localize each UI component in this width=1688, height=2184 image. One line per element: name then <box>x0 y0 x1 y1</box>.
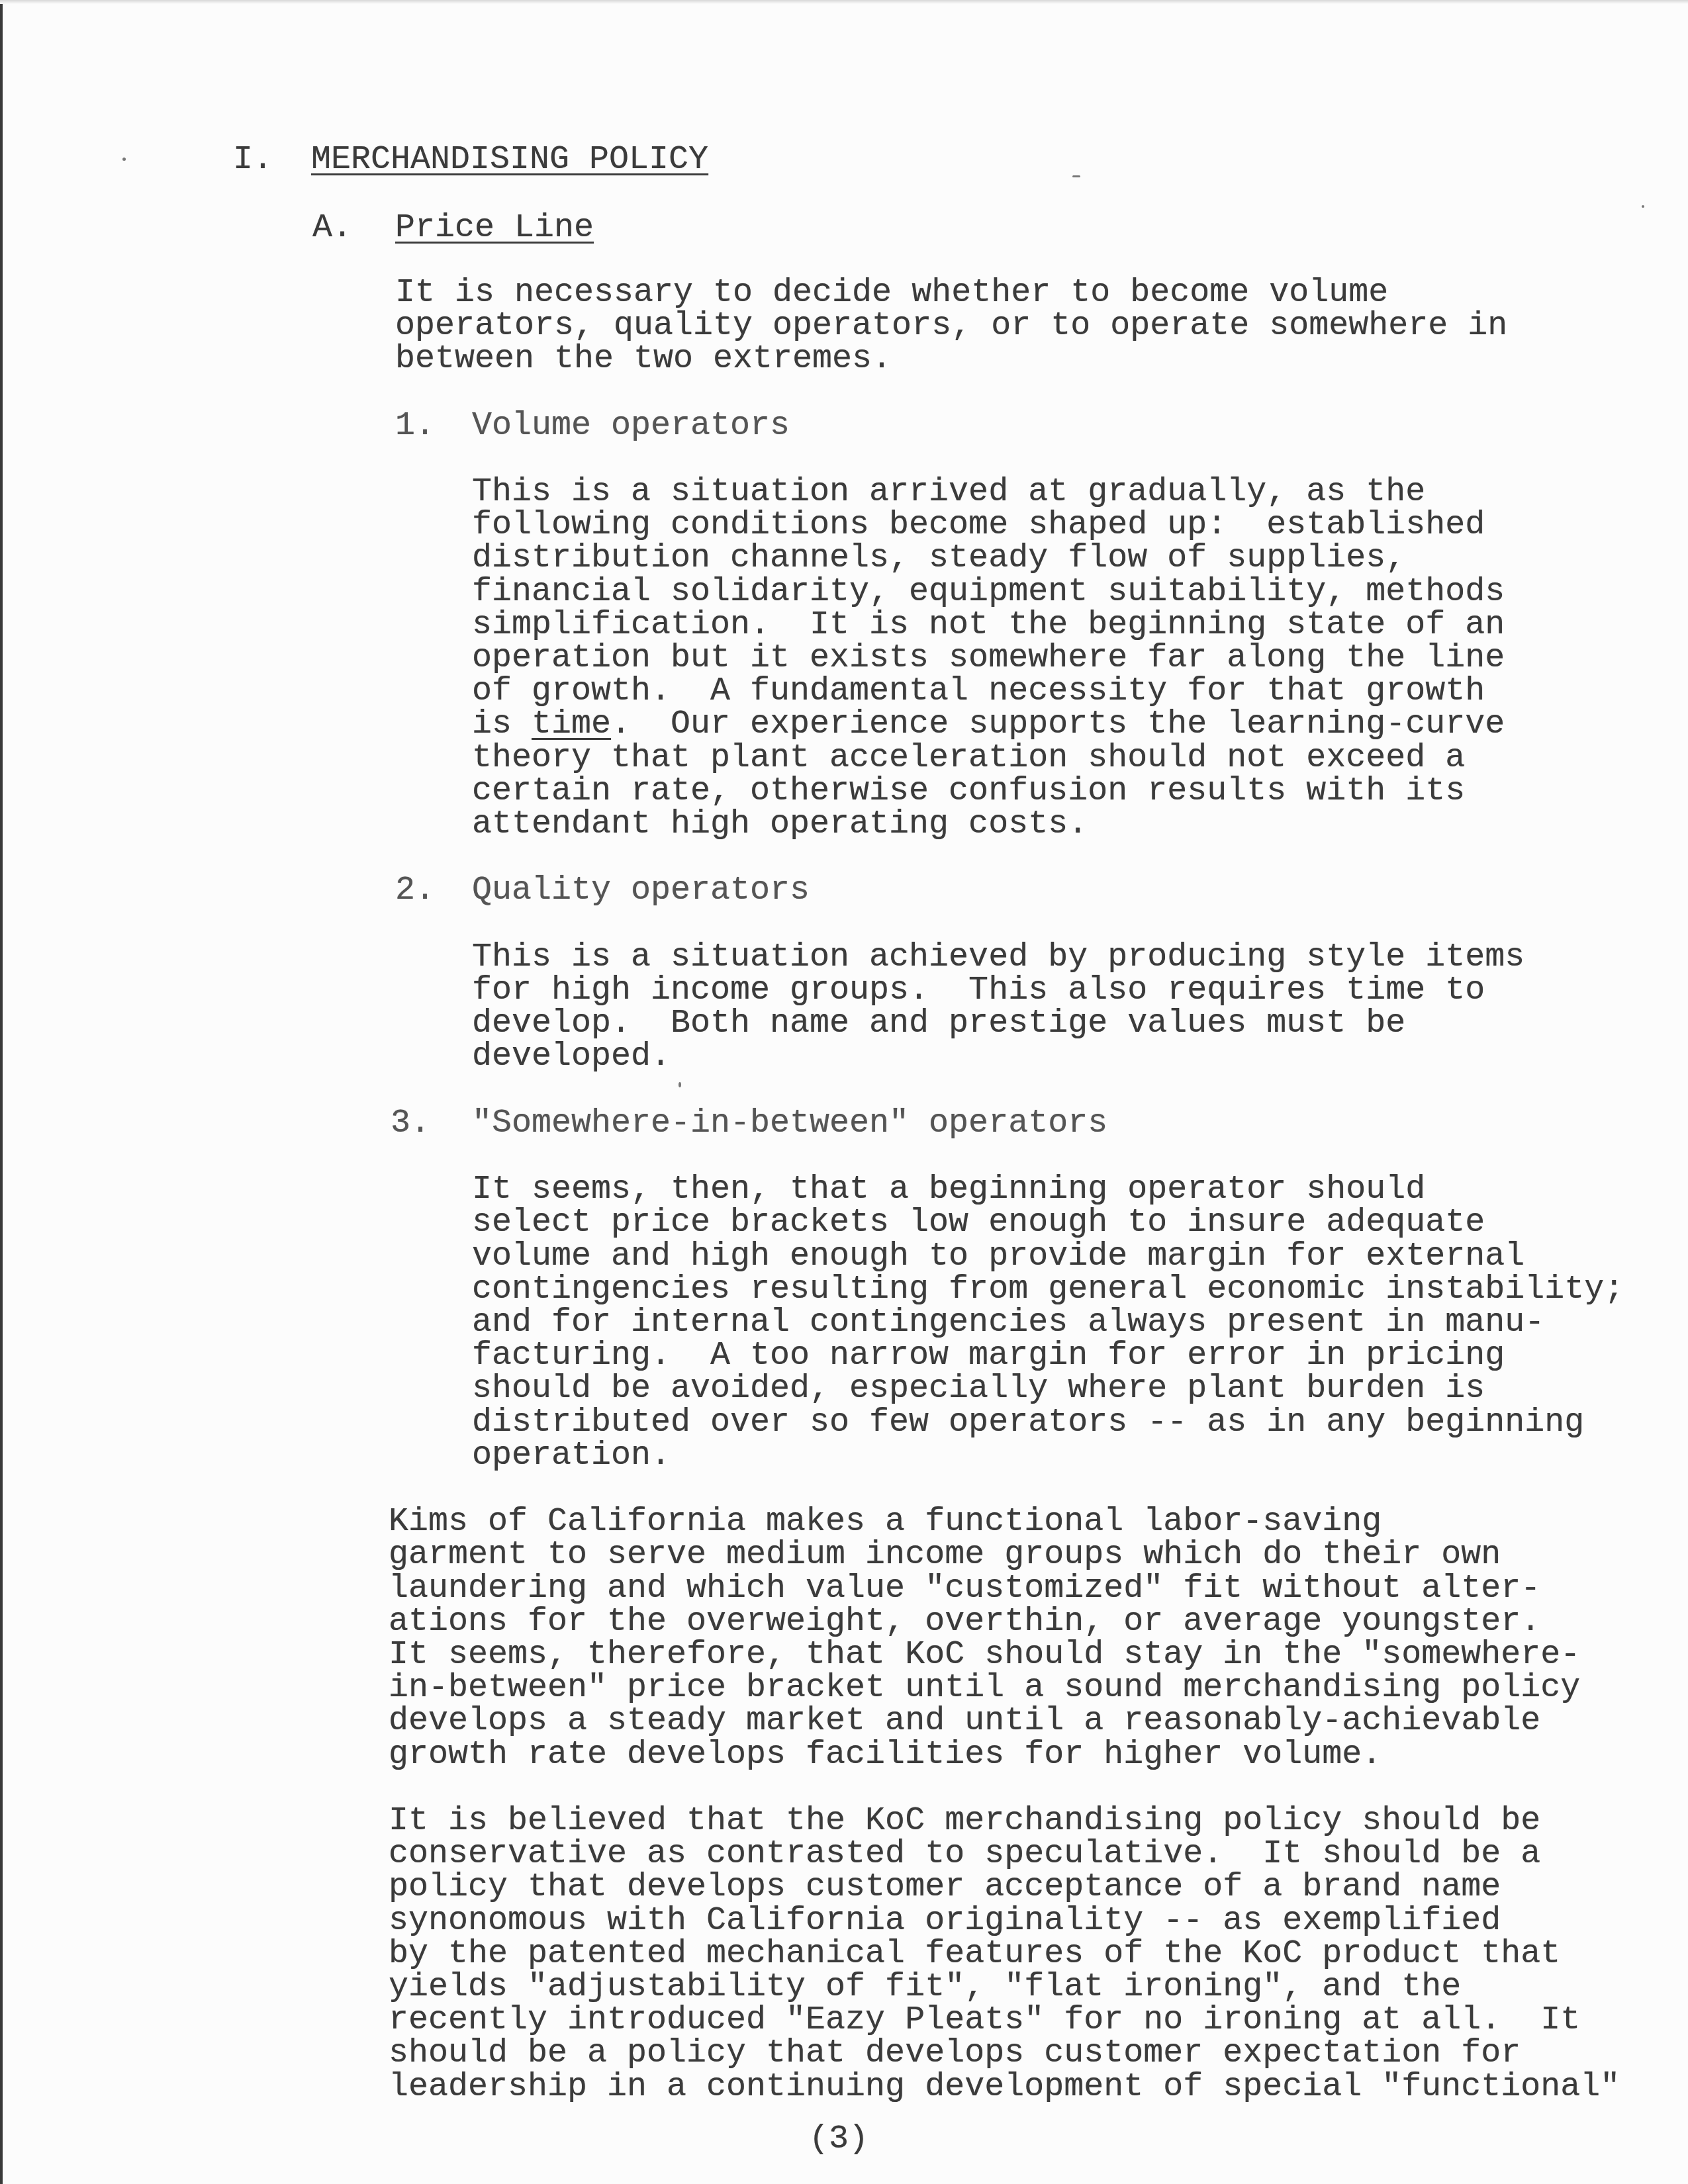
text-line: synonomous with California originality -… <box>389 1905 1501 1938</box>
text-line: is time. Our experience supports the lea… <box>472 708 1505 741</box>
scan-speck <box>1072 175 1080 177</box>
text-line: between the two extremes. <box>395 343 892 376</box>
scan-edge <box>0 0 3 2184</box>
page-number: (3) <box>809 2123 868 2156</box>
text-line: recently introduced "Eazy Pleats" for no… <box>389 2004 1580 2037</box>
text-line: It is necessary to decide whether to bec… <box>395 277 1388 310</box>
text-line: in-between" price bracket until a sound … <box>389 1672 1580 1705</box>
text-line: of growth. A fundamental necessity for t… <box>472 675 1485 708</box>
text-line: It seems, therefore, that KoC should sta… <box>389 1639 1580 1672</box>
text-line: ations for the overweight, overthin, or … <box>389 1606 1540 1639</box>
scan-speck <box>1642 205 1644 208</box>
text-line: certain rate, otherwise confusion result… <box>472 775 1465 808</box>
item-title: Quality operators <box>472 874 810 907</box>
text-line: develops a steady market and until a rea… <box>389 1705 1540 1738</box>
emphasized-word: time <box>532 705 611 743</box>
text-line: Kims of California makes a functional la… <box>389 1506 1382 1539</box>
text-line: volume and high enough to provide margin… <box>472 1240 1524 1273</box>
scan-speck <box>122 158 126 161</box>
text-line: for high income groups. This also requir… <box>472 974 1485 1007</box>
subsection-letter: A. <box>312 212 352 245</box>
section-numeral: I. <box>233 144 273 177</box>
text-line: growth rate develops facilities for high… <box>389 1739 1382 1772</box>
text-line: and for internal contingencies always pr… <box>472 1306 1544 1340</box>
text-line: should be a policy that develops custome… <box>389 2037 1521 2070</box>
text-line: leadership in a continuing development o… <box>389 2071 1620 2104</box>
item-number: 3. <box>391 1107 430 1140</box>
text-line: distributed over so few operators -- as … <box>472 1406 1584 1439</box>
text-line: It seems, then, that a beginning operato… <box>472 1173 1425 1206</box>
text-line: policy that develops customer acceptance… <box>389 1871 1501 1904</box>
text-line: operators, quality operators, or to oper… <box>395 310 1507 343</box>
text-line: It is believed that the KoC merchandisin… <box>389 1805 1540 1838</box>
text-line: theory that plant acceleration should no… <box>472 742 1465 775</box>
text-line: yields "adjustability of fit", "flat iro… <box>389 1971 1461 2004</box>
text-line: conservative as contrasted to speculativ… <box>389 1838 1540 1871</box>
text-line: financial solidarity, equipment suitabil… <box>472 576 1505 609</box>
text-line: facturing. A too narrow margin for error… <box>472 1340 1505 1373</box>
subsection-title: Price Line <box>395 212 594 245</box>
item-number: 1. <box>395 410 435 443</box>
text-line: operation but it exists somewhere far al… <box>472 642 1505 675</box>
item-number: 2. <box>395 874 435 907</box>
text-line: simplification. It is not the beginning … <box>472 609 1505 642</box>
section-title: MERCHANDISING POLICY <box>311 144 708 177</box>
scan-top-shadow <box>0 0 1688 4</box>
typewritten-page: I. MERCHANDISING POLICY A. Price Line It… <box>0 0 1688 2184</box>
text-line: select price brackets low enough to insu… <box>472 1206 1485 1240</box>
text-line: developed. <box>472 1040 671 1073</box>
text-line: develop. Both name and prestige values m… <box>472 1007 1405 1040</box>
text-line: garment to serve medium income groups wh… <box>389 1539 1501 1572</box>
text-line: by the patented mechanical features of t… <box>389 1938 1560 1971</box>
text-line: This is a situation arrived at gradually… <box>472 476 1425 509</box>
text-line: following conditions become shaped up: e… <box>472 509 1485 542</box>
text-line: operation. <box>472 1439 671 1473</box>
text-line: This is a situation achieved by producin… <box>472 941 1524 974</box>
text-line: distribution channels, steady flow of su… <box>472 542 1405 575</box>
text-line: contingencies resulting from general eco… <box>472 1273 1624 1306</box>
text-line: laundering and which value "customized" … <box>389 1572 1540 1606</box>
text-line: attendant high operating costs. <box>472 808 1088 841</box>
scan-speck <box>679 1082 681 1087</box>
text-line: should be avoided, especially where plan… <box>472 1373 1485 1406</box>
item-title: Volume operators <box>472 410 790 443</box>
item-title: "Somewhere-in-between" operators <box>472 1107 1107 1140</box>
